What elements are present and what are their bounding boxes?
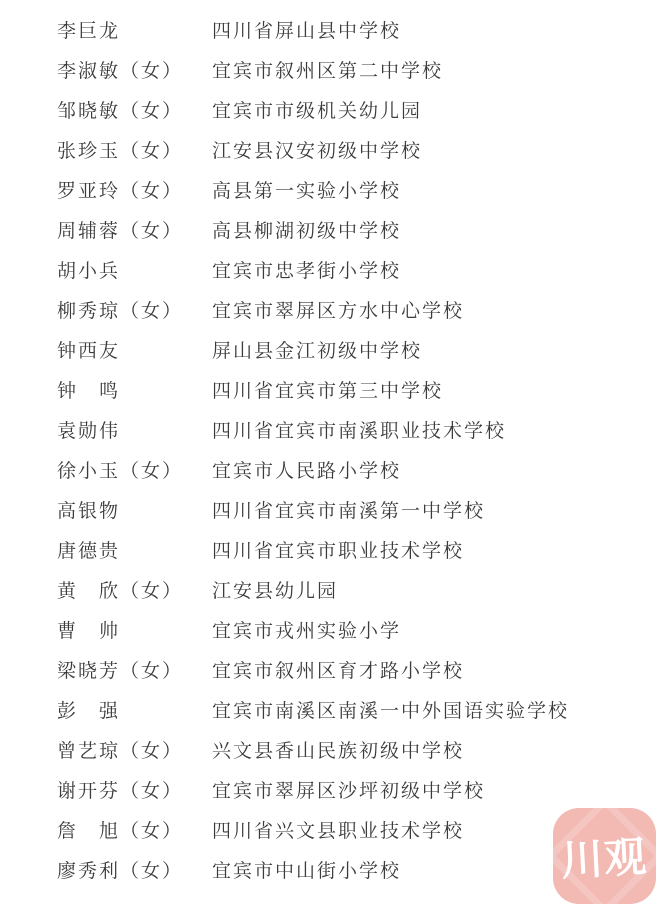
teacher-name: 高银物 bbox=[57, 496, 212, 523]
school-name: 宜宾市翠屏区沙坪初级中学校 bbox=[212, 776, 664, 803]
roster-row: 谢开芬（女） 宜宾市翠屏区沙坪初级中学校 bbox=[0, 769, 664, 809]
roster-row: 彭 强 宜宾市南溪区南溪一中外国语实验学校 bbox=[0, 689, 664, 729]
roster-row: 钟 鸣 四川省宜宾市第三中学校 bbox=[0, 369, 664, 409]
chuanguan-watermark-logo: 川观 bbox=[553, 808, 656, 904]
roster-row: 黄 欣（女） 江安县幼儿园 bbox=[0, 569, 664, 609]
teacher-name: 张珍玉（女） bbox=[57, 136, 212, 163]
teacher-name: 彭 强 bbox=[57, 696, 212, 723]
teacher-name: 梁晓芳（女） bbox=[57, 656, 212, 683]
school-name: 兴文县香山民族初级中学校 bbox=[212, 736, 664, 763]
teacher-name: 罗亚玲（女） bbox=[57, 176, 212, 203]
school-name: 四川省屏山县中学校 bbox=[212, 16, 664, 43]
teacher-name: 邹晓敏（女） bbox=[57, 96, 212, 123]
roster-row: 张珍玉（女） 江安县汉安初级中学校 bbox=[0, 129, 664, 169]
teacher-name: 柳秀琼（女） bbox=[57, 296, 212, 323]
roster-row: 钟西友 屏山县金江初级中学校 bbox=[0, 329, 664, 369]
teacher-name: 周辅蓉（女） bbox=[57, 216, 212, 243]
teacher-name: 袁勋伟 bbox=[57, 416, 212, 443]
teacher-name: 李巨龙 bbox=[57, 16, 212, 43]
teacher-name: 谢开芬（女） bbox=[57, 776, 212, 803]
roster-row: 胡小兵 宜宾市忠孝街小学校 bbox=[0, 249, 664, 289]
school-name: 四川省宜宾市职业技术学校 bbox=[212, 536, 664, 563]
teacher-name: 李淑敏（女） bbox=[57, 56, 212, 83]
teacher-name: 胡小兵 bbox=[57, 256, 212, 283]
roster-row: 梁晓芳（女） 宜宾市叙州区育才路小学校 bbox=[0, 649, 664, 689]
roster-row: 唐德贵 四川省宜宾市职业技术学校 bbox=[0, 529, 664, 569]
school-name: 高县柳湖初级中学校 bbox=[212, 216, 664, 243]
roster-row: 柳秀琼（女） 宜宾市翠屏区方水中心学校 bbox=[0, 289, 664, 329]
roster-row: 曾艺琼（女） 兴文县香山民族初级中学校 bbox=[0, 729, 664, 769]
school-name: 宜宾市戎州实验小学 bbox=[212, 616, 664, 643]
school-name: 屏山县金江初级中学校 bbox=[212, 336, 664, 363]
document-page: 李巨龙 四川省屏山县中学校 李淑敏（女） 宜宾市叙州区第二中学校 邹晓敏（女） … bbox=[0, 0, 664, 912]
roster: 李巨龙 四川省屏山县中学校 李淑敏（女） 宜宾市叙州区第二中学校 邹晓敏（女） … bbox=[0, 9, 664, 889]
school-name: 高县第一实验小学校 bbox=[212, 176, 664, 203]
roster-row: 李淑敏（女） 宜宾市叙州区第二中学校 bbox=[0, 49, 664, 89]
school-name: 宜宾市人民路小学校 bbox=[212, 456, 664, 483]
roster-row: 曹 帅 宜宾市戎州实验小学 bbox=[0, 609, 664, 649]
teacher-name: 钟西友 bbox=[57, 336, 212, 363]
roster-row: 罗亚玲（女） 高县第一实验小学校 bbox=[0, 169, 664, 209]
teacher-name: 詹 旭（女） bbox=[57, 816, 212, 843]
teacher-name: 唐德贵 bbox=[57, 536, 212, 563]
teacher-name: 曹 帅 bbox=[57, 616, 212, 643]
roster-row: 李巨龙 四川省屏山县中学校 bbox=[0, 9, 664, 49]
teacher-name: 黄 欣（女） bbox=[57, 576, 212, 603]
school-name: 四川省宜宾市南溪职业技术学校 bbox=[212, 416, 664, 443]
teacher-name: 曾艺琼（女） bbox=[57, 736, 212, 763]
school-name: 宜宾市南溪区南溪一中外国语实验学校 bbox=[212, 696, 664, 723]
teacher-name: 徐小玉（女） bbox=[57, 456, 212, 483]
school-name: 宜宾市市级机关幼儿园 bbox=[212, 96, 664, 123]
roster-row: 高银物 四川省宜宾市南溪第一中学校 bbox=[0, 489, 664, 529]
school-name: 四川省宜宾市第三中学校 bbox=[212, 376, 664, 403]
watermark-text: 川观 bbox=[560, 824, 649, 888]
school-name: 四川省宜宾市南溪第一中学校 bbox=[212, 496, 664, 523]
roster-row: 周辅蓉（女） 高县柳湖初级中学校 bbox=[0, 209, 664, 249]
roster-row: 邹晓敏（女） 宜宾市市级机关幼儿园 bbox=[0, 89, 664, 129]
school-name: 宜宾市叙州区第二中学校 bbox=[212, 56, 664, 83]
school-name: 宜宾市叙州区育才路小学校 bbox=[212, 656, 664, 683]
school-name: 江安县幼儿园 bbox=[212, 576, 664, 603]
school-name: 宜宾市忠孝街小学校 bbox=[212, 256, 664, 283]
roster-row: 徐小玉（女） 宜宾市人民路小学校 bbox=[0, 449, 664, 489]
roster-row: 袁勋伟 四川省宜宾市南溪职业技术学校 bbox=[0, 409, 664, 449]
school-name: 江安县汉安初级中学校 bbox=[212, 136, 664, 163]
school-name: 宜宾市翠屏区方水中心学校 bbox=[212, 296, 664, 323]
teacher-name: 钟 鸣 bbox=[57, 376, 212, 403]
teacher-name: 廖秀利（女） bbox=[57, 856, 212, 883]
